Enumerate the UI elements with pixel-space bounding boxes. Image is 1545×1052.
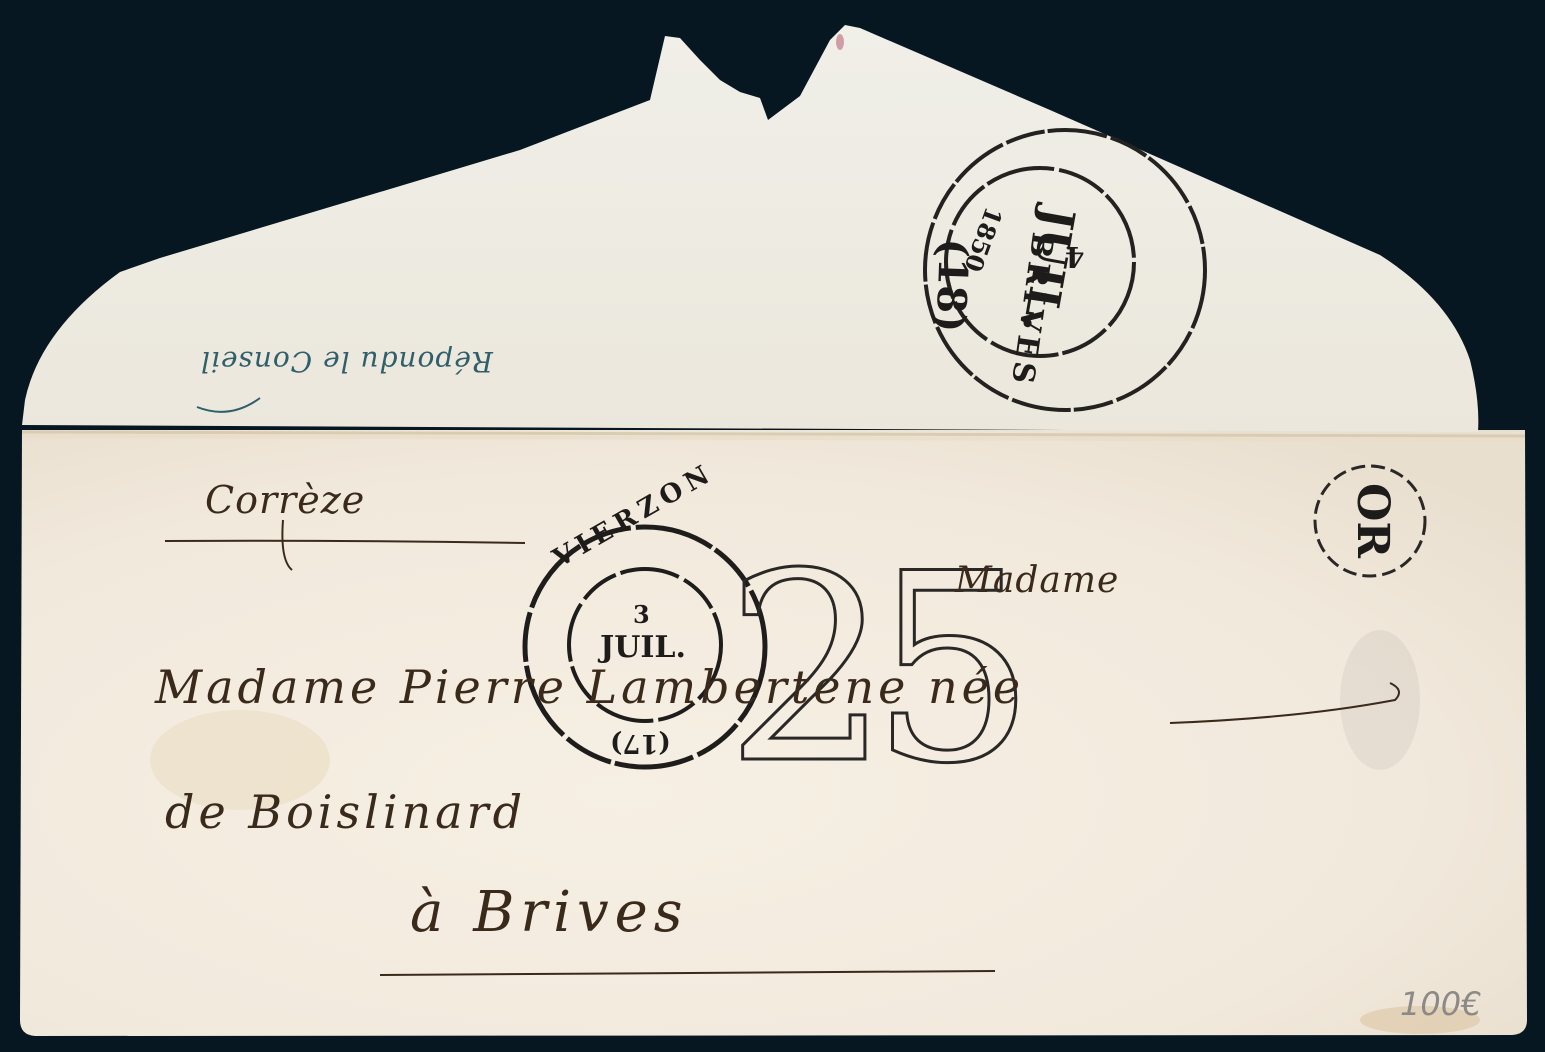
foxing-stain [1340,630,1420,770]
envelope-flap [22,25,1478,432]
ink-smudge [836,34,844,50]
foxing-stain [150,710,330,810]
envelope-cover [0,0,1545,1052]
foxing-stain [1360,1006,1480,1034]
